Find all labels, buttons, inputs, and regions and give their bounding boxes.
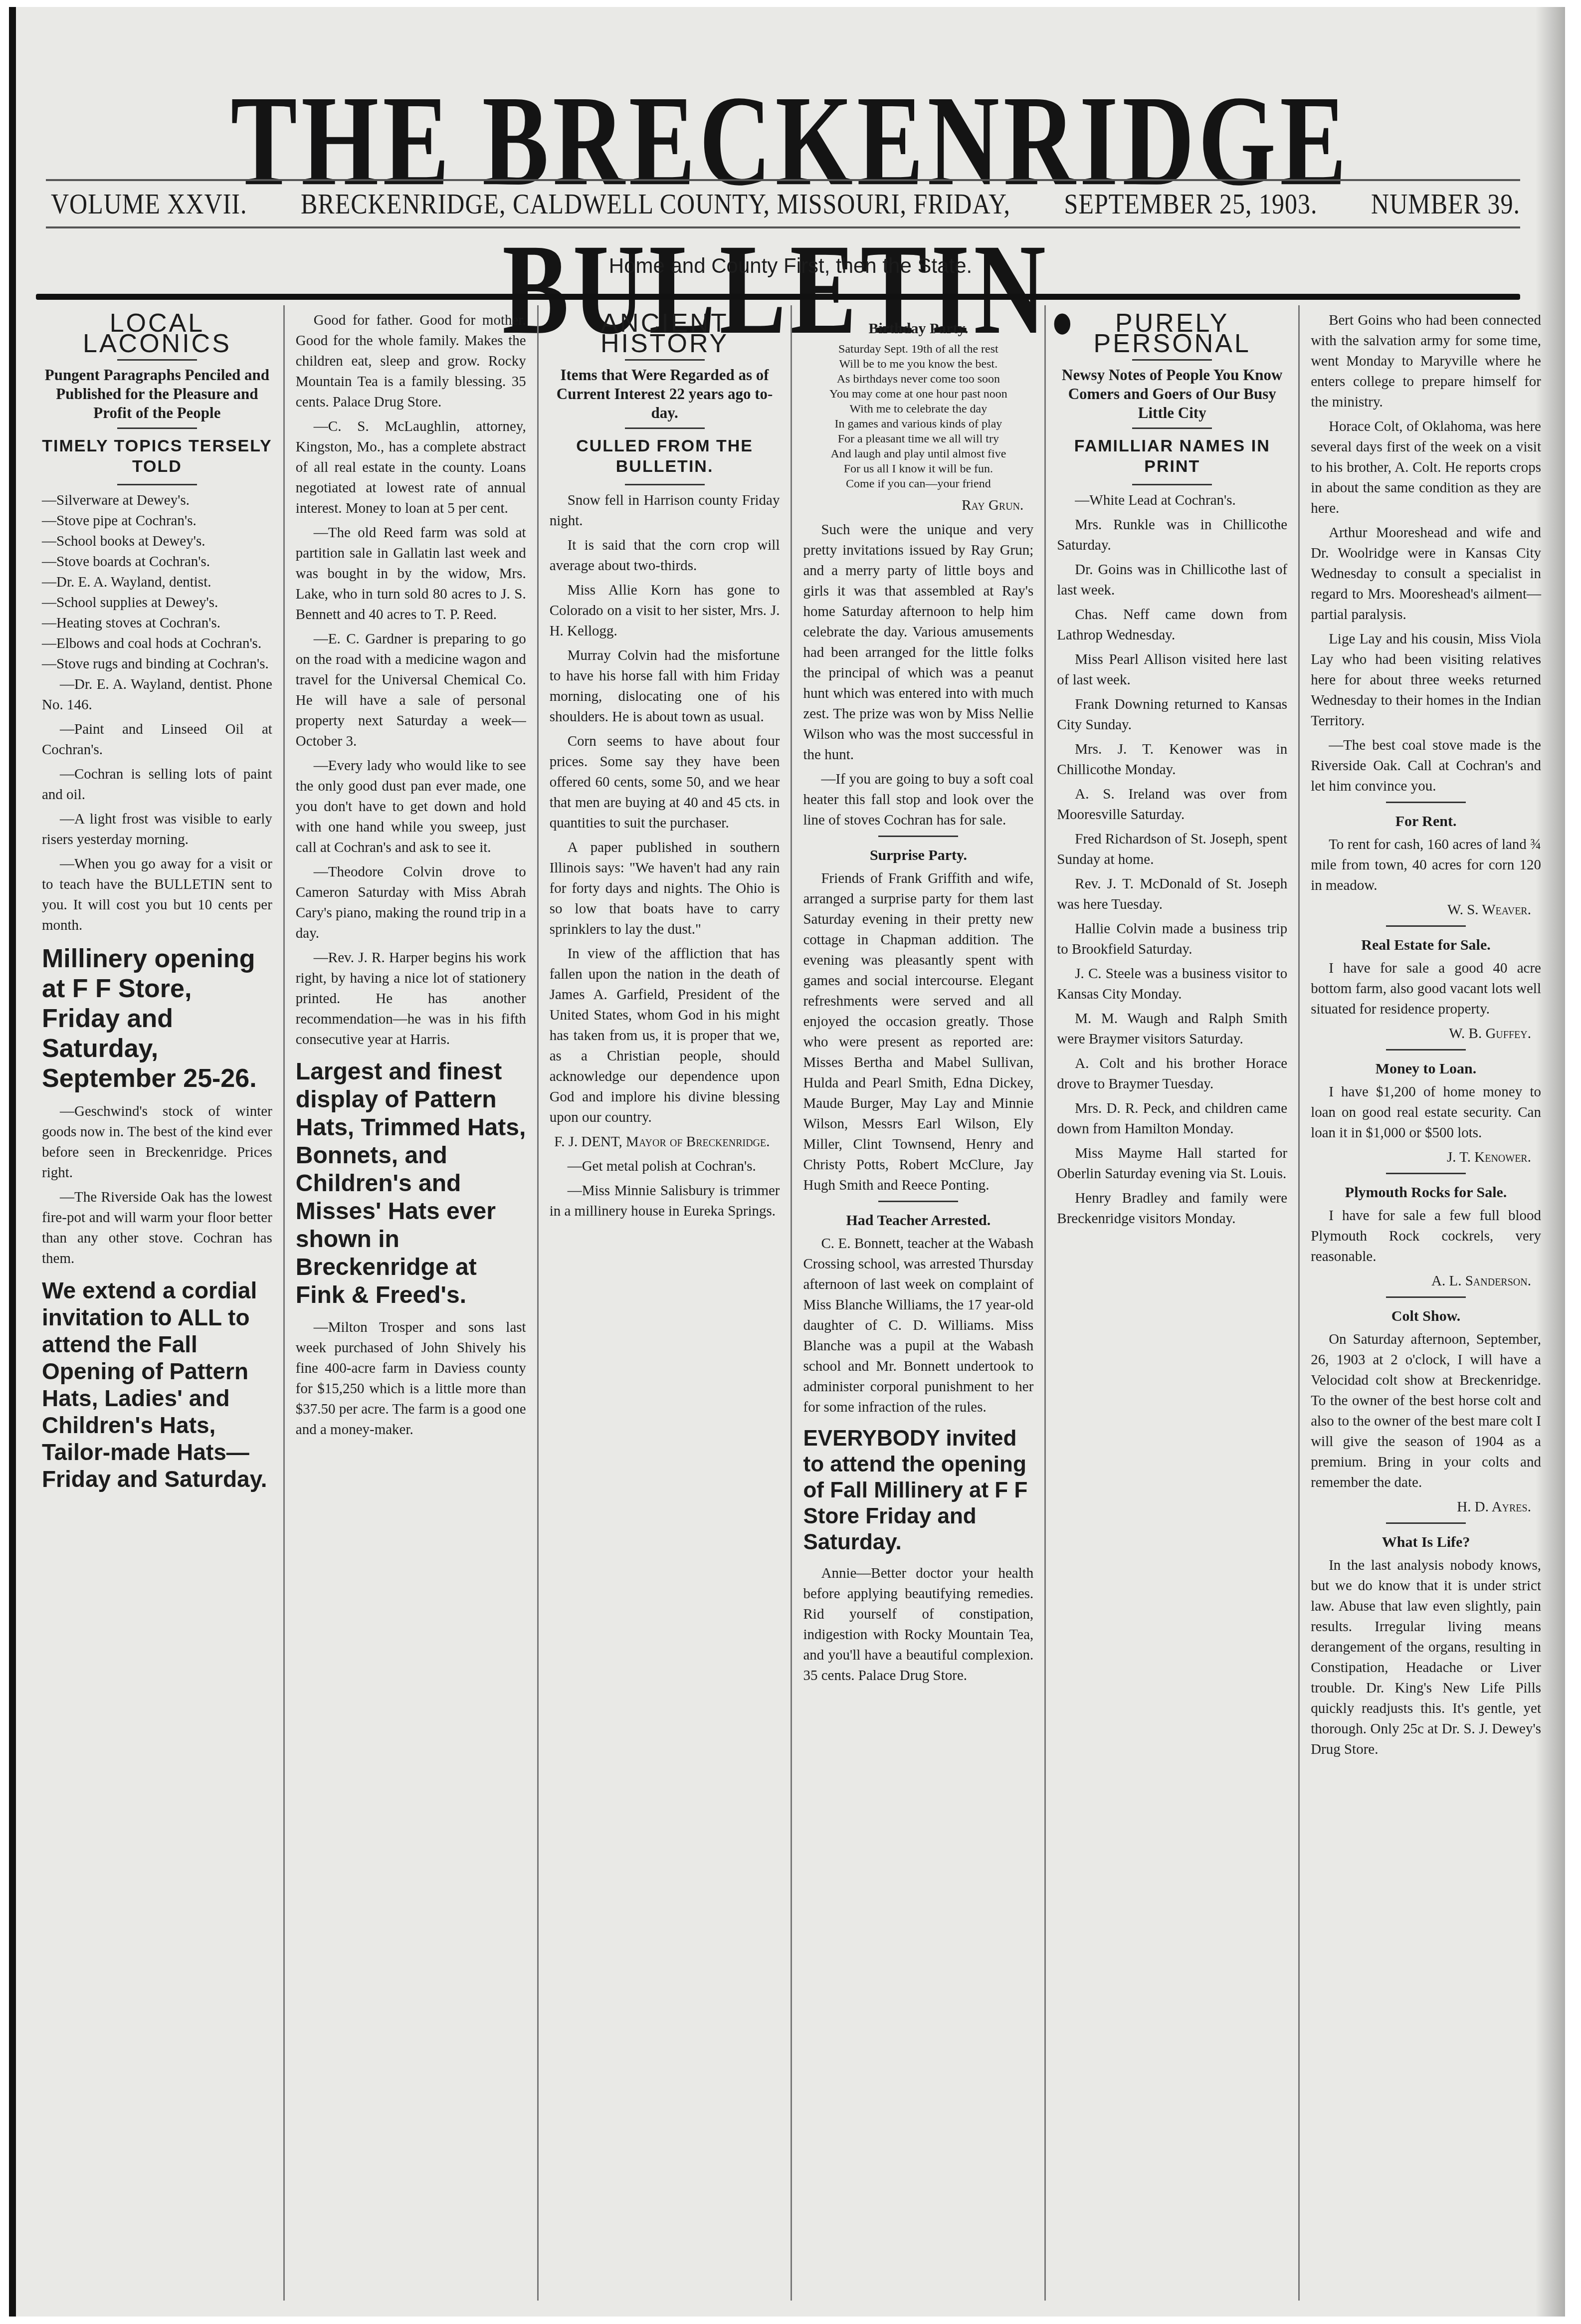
motto: Home and County First, then the State. — [16, 254, 1565, 278]
personal-item: —White Lead at Cochran's. — [1057, 490, 1287, 511]
divider — [1132, 427, 1212, 429]
column-subhead: Newsy Notes of People You Know Comers an… — [1057, 366, 1287, 423]
ad-body: In the last analysis nobody knows, but w… — [1311, 1555, 1541, 1760]
brief-item: —Dr. E. A. Wayland, dentist. — [42, 572, 272, 593]
news-item: —Milton Trosper and sons last week purch… — [296, 1317, 526, 1440]
brief-item: —School books at Dewey's. — [42, 531, 272, 552]
brief-list: —Silverware at Dewey's. —Stove pipe at C… — [42, 490, 272, 674]
column-heading: PURELY PERSONAL — [1057, 313, 1287, 354]
divider — [117, 359, 197, 361]
divider — [1386, 1522, 1466, 1524]
poem-line: And laugh and play until almost five — [803, 446, 1033, 461]
divider — [1132, 359, 1212, 361]
divider — [1386, 1049, 1466, 1051]
issue-date: SEPTEMBER 25, 1903. — [1064, 187, 1318, 220]
news-item: Horace Colt, of Oklahoma, was here sever… — [1311, 417, 1541, 519]
classified-ad: Real Estate for Sale. I have for sale a … — [1311, 925, 1541, 1044]
news-item: —Cochran is selling lots of paint and oi… — [42, 764, 272, 805]
ad-heading: Real Estate for Sale. — [1311, 935, 1541, 955]
column-purely-personal: PURELY PERSONAL Newsy Notes of People Yo… — [1046, 305, 1300, 2301]
news-item: Miss Allie Korn has gone to Colorado on … — [550, 580, 780, 641]
news-item: Snow fell in Harrison county Friday nigh… — [550, 490, 780, 531]
poem-line: As birthdays never come too soon — [803, 372, 1033, 387]
personal-item: Frank Downing returned to Kansas City Su… — [1057, 694, 1287, 735]
place: BRECKENRIDGE, CALDWELL COUNTY, MISSOURI,… — [301, 187, 1010, 220]
column-six: Bert Goins who had been connected with t… — [1300, 305, 1552, 2301]
divider — [1386, 1173, 1466, 1174]
brief-item: —Silverware at Dewey's. — [42, 490, 272, 511]
classified-ad: Colt Show. On Saturday afternoon, Septem… — [1311, 1296, 1541, 1517]
column-subhead: Pungent Paragraphs Penciled and Publishe… — [42, 366, 272, 423]
article-heading: Surprise Party. — [803, 845, 1033, 865]
news-item: In view of the affliction that has falle… — [550, 944, 780, 1128]
personal-item: Miss Mayme Hall started for Oberlin Satu… — [1057, 1143, 1287, 1184]
news-item: —Dr. E. A. Wayland, dentist. Phone No. 1… — [42, 674, 272, 715]
news-item: Such were the unique and very pretty inv… — [803, 520, 1033, 765]
news-item: It is said that the corn crop will avera… — [550, 535, 780, 576]
news-item: Murray Colvin had the misfortune to have… — [550, 645, 780, 727]
news-item: —A light frost was visible to early rise… — [42, 809, 272, 850]
volume: VOLUME XXVII. — [51, 187, 247, 220]
news-item: —E. C. Gardner is preparing to go on the… — [296, 629, 526, 752]
section-heading: FAMILLIAR NAMES IN PRINT — [1057, 436, 1287, 477]
news-item: —Geschwind's stock of winter goods now i… — [42, 1101, 272, 1183]
signature: A. L. Sanderson. — [1311, 1271, 1531, 1291]
brief-item: —Stove pipe at Cochran's. — [42, 511, 272, 531]
folio-line: VOLUME XXVII. BRECKENRIDGE, CALDWELL COU… — [51, 187, 1520, 220]
news-item: Annie—Better doctor your health before a… — [803, 1563, 1033, 1686]
poem-line: For us all I know it will be fun. — [803, 461, 1033, 476]
invitation-poem: Saturday Sept. 19th of all the rest Will… — [803, 342, 1033, 491]
ad-body: I have $1,200 of home money to loan on g… — [1311, 1082, 1541, 1143]
everybody-invited-ad: EVERYBODY invited to attend the opening … — [803, 1426, 1033, 1555]
millinery-ad: Millinery opening at F F Store, Friday a… — [42, 944, 272, 1093]
divider — [46, 179, 1520, 181]
news-item: —Paint and Linseed Oil at Cochran's. — [42, 719, 272, 760]
personal-item: A. S. Ireland was over from Mooresville … — [1057, 784, 1287, 825]
personal-item: Mrs. J. T. Kenower was in Chillicothe Mo… — [1057, 739, 1287, 780]
signature: W. S. Weaver. — [1311, 900, 1531, 920]
news-item: —Get metal polish at Cochran's. — [550, 1156, 780, 1177]
column-ancient-history: ANCIENT HISTORY Items that Were Regarded… — [539, 305, 792, 2301]
section-heading: TIMELY TOPICS TERSELY TOLD — [42, 436, 272, 477]
news-item: —The Riverside Oak has the lowest fire-p… — [42, 1187, 272, 1269]
signature: F. J. DENT, Mayor of Breckenridge. — [550, 1132, 770, 1152]
ad-heading: Money to Loan. — [1311, 1058, 1541, 1079]
columns: LOCAL LACONICS Pungent Paragraphs Pencil… — [31, 305, 1552, 2301]
signature: Ray Grun. — [803, 495, 1023, 516]
brief-item: —Heating stoves at Cochran's. — [42, 613, 272, 634]
news-item: —Miss Minnie Salisbury is trimmer in a m… — [550, 1181, 780, 1222]
article-heading: Birthday Party. — [803, 318, 1033, 339]
news-item: Good for father. Good for mother. Good f… — [296, 310, 526, 413]
news-item: Bert Goins who had been connected with t… — [1311, 310, 1541, 413]
ad-heading: Plymouth Rocks for Sale. — [1311, 1182, 1541, 1203]
classified-ad: Plymouth Rocks for Sale. I have for sale… — [1311, 1173, 1541, 1291]
news-item: —The old Reed farm was sold at partition… — [296, 523, 526, 625]
news-item: A paper published in southern Illinois s… — [550, 838, 780, 940]
divider — [46, 226, 1520, 228]
fall-opening-ad: We extend a cordial invitation to ALL to… — [42, 1277, 272, 1492]
classified-ad: Money to Loan. I have $1,200 of home mon… — [1311, 1049, 1541, 1168]
ad-heading: Colt Show. — [1311, 1306, 1541, 1326]
column-birthday-party: Birthday Party. Saturday Sept. 19th of a… — [792, 305, 1046, 2301]
divider — [36, 294, 1520, 300]
poem-line: In games and various kinds of play — [803, 417, 1033, 431]
brief-item: —School supplies at Dewey's. — [42, 593, 272, 613]
divider — [625, 359, 705, 361]
news-item: Friends of Frank Griffith and wife, arra… — [803, 868, 1033, 1196]
ad-body: To rent for cash, 160 acres of land ¾ mi… — [1311, 835, 1541, 896]
personal-item: Miss Pearl Allison visited here last of … — [1057, 649, 1287, 690]
news-item: Arthur Mooreshead and wife and Dr. Woolr… — [1311, 523, 1541, 625]
poem-line: Will be to me you know the best. — [803, 357, 1033, 372]
news-item: —The best coal stove made is the Riversi… — [1311, 735, 1541, 797]
divider — [625, 427, 705, 429]
masthead: THE BRECKENRIDGE BULLETIN. VOLUME XXVII.… — [16, 7, 1565, 301]
classified-ad: For Rent. To rent for cash, 160 acres of… — [1311, 802, 1541, 920]
personal-item: Fred Richardson of St. Joseph, spent Sun… — [1057, 829, 1287, 870]
divider — [625, 484, 705, 485]
column-two: Good for father. Good for mother. Good f… — [285, 305, 539, 2301]
news-item: Lige Lay and his cousin, Miss Viola Lay … — [1311, 629, 1541, 731]
newspaper-page: THE BRECKENRIDGE BULLETIN. VOLUME XXVII.… — [9, 7, 1565, 2317]
divider — [1386, 925, 1466, 927]
brief-item: —Elbows and coal hods at Cochran's. — [42, 634, 272, 654]
article-heading: Had Teacher Arrested. — [803, 1210, 1033, 1231]
ad-heading: What Is Life? — [1311, 1532, 1541, 1552]
personal-item: Hallie Colvin made a business trip to Br… — [1057, 919, 1287, 960]
personal-item: J. C. Steele was a business visitor to K… — [1057, 964, 1287, 1005]
news-item: C. E. Bonnett, teacher at the Wabash Cro… — [803, 1234, 1033, 1418]
personal-item: Chas. Neff came down from Lathrop Wednes… — [1057, 605, 1287, 645]
personal-item: Mrs. Runkle was in Chillicothe Saturday. — [1057, 515, 1287, 556]
news-item: —If you are going to buy a soft coal hea… — [803, 769, 1033, 831]
column-heading: ANCIENT HISTORY — [550, 313, 780, 354]
personal-item: Mrs. D. R. Peck, and children came down … — [1057, 1098, 1287, 1139]
pattern-hats-ad: Largest and finest display of Pattern Ha… — [296, 1058, 526, 1309]
news-item: Corn seems to have about four prices. So… — [550, 731, 780, 834]
divider — [878, 1201, 958, 1202]
news-item: —C. S. McLaughlin, attorney, Kingston, M… — [296, 417, 526, 519]
divider — [117, 484, 197, 485]
classified-ad: What Is Life? In the last analysis nobod… — [1311, 1522, 1541, 1760]
brief-item: —Stove boards at Cochran's. — [42, 552, 272, 572]
divider — [1386, 802, 1466, 803]
personal-item: Henry Bradley and family were Breckenrid… — [1057, 1188, 1287, 1229]
poem-line: You may come at one hour past noon — [803, 387, 1033, 402]
signature: W. B. Guffey. — [1311, 1024, 1531, 1044]
poem-line: With me to celebrate the day — [803, 402, 1033, 417]
news-item: —Every lady who would like to see the on… — [296, 756, 526, 858]
personal-item: A. Colt and his brother Horace drove to … — [1057, 1054, 1287, 1094]
column-heading: LOCAL LACONICS — [42, 313, 272, 354]
poem-line: Saturday Sept. 19th of all the rest — [803, 342, 1033, 357]
ad-heading: For Rent. — [1311, 811, 1541, 832]
news-item: —Theodore Colvin drove to Cameron Saturd… — [296, 862, 526, 944]
section-heading: CULLED FROM THE BULLETIN. — [550, 436, 780, 477]
divider — [117, 427, 197, 429]
ad-body: I have for sale a few full blood Plymout… — [1311, 1206, 1541, 1267]
personal-item: Rev. J. T. McDonald of St. Joseph was he… — [1057, 874, 1287, 915]
personal-item: M. M. Waugh and Ralph Smith were Braymer… — [1057, 1009, 1287, 1050]
signature: H. D. Ayres. — [1311, 1497, 1531, 1517]
news-item: —Rev. J. R. Harper begins his work right… — [296, 948, 526, 1050]
news-item: —When you go away for a visit or to teac… — [42, 854, 272, 936]
divider — [1132, 484, 1212, 485]
poem-line: For a pleasant time we all will try — [803, 431, 1033, 446]
ad-body: I have for sale a good 40 acre bottom fa… — [1311, 958, 1541, 1020]
ad-body: On Saturday afternoon, September, 26, 19… — [1311, 1329, 1541, 1493]
issue-number: NUMBER 39. — [1371, 187, 1520, 220]
column-local-laconics: LOCAL LACONICS Pungent Paragraphs Pencil… — [31, 305, 285, 2301]
divider — [878, 836, 958, 837]
column-subhead: Items that Were Regarded as of Current I… — [550, 366, 780, 423]
brief-item: —Stove rugs and binding at Cochran's. — [42, 654, 272, 674]
personal-item: Dr. Goins was in Chillicothe last of las… — [1057, 560, 1287, 601]
signature: J. T. Kenower. — [1311, 1147, 1531, 1168]
divider — [1386, 1296, 1466, 1298]
poem-line: Come if you can—your friend — [803, 476, 1033, 491]
